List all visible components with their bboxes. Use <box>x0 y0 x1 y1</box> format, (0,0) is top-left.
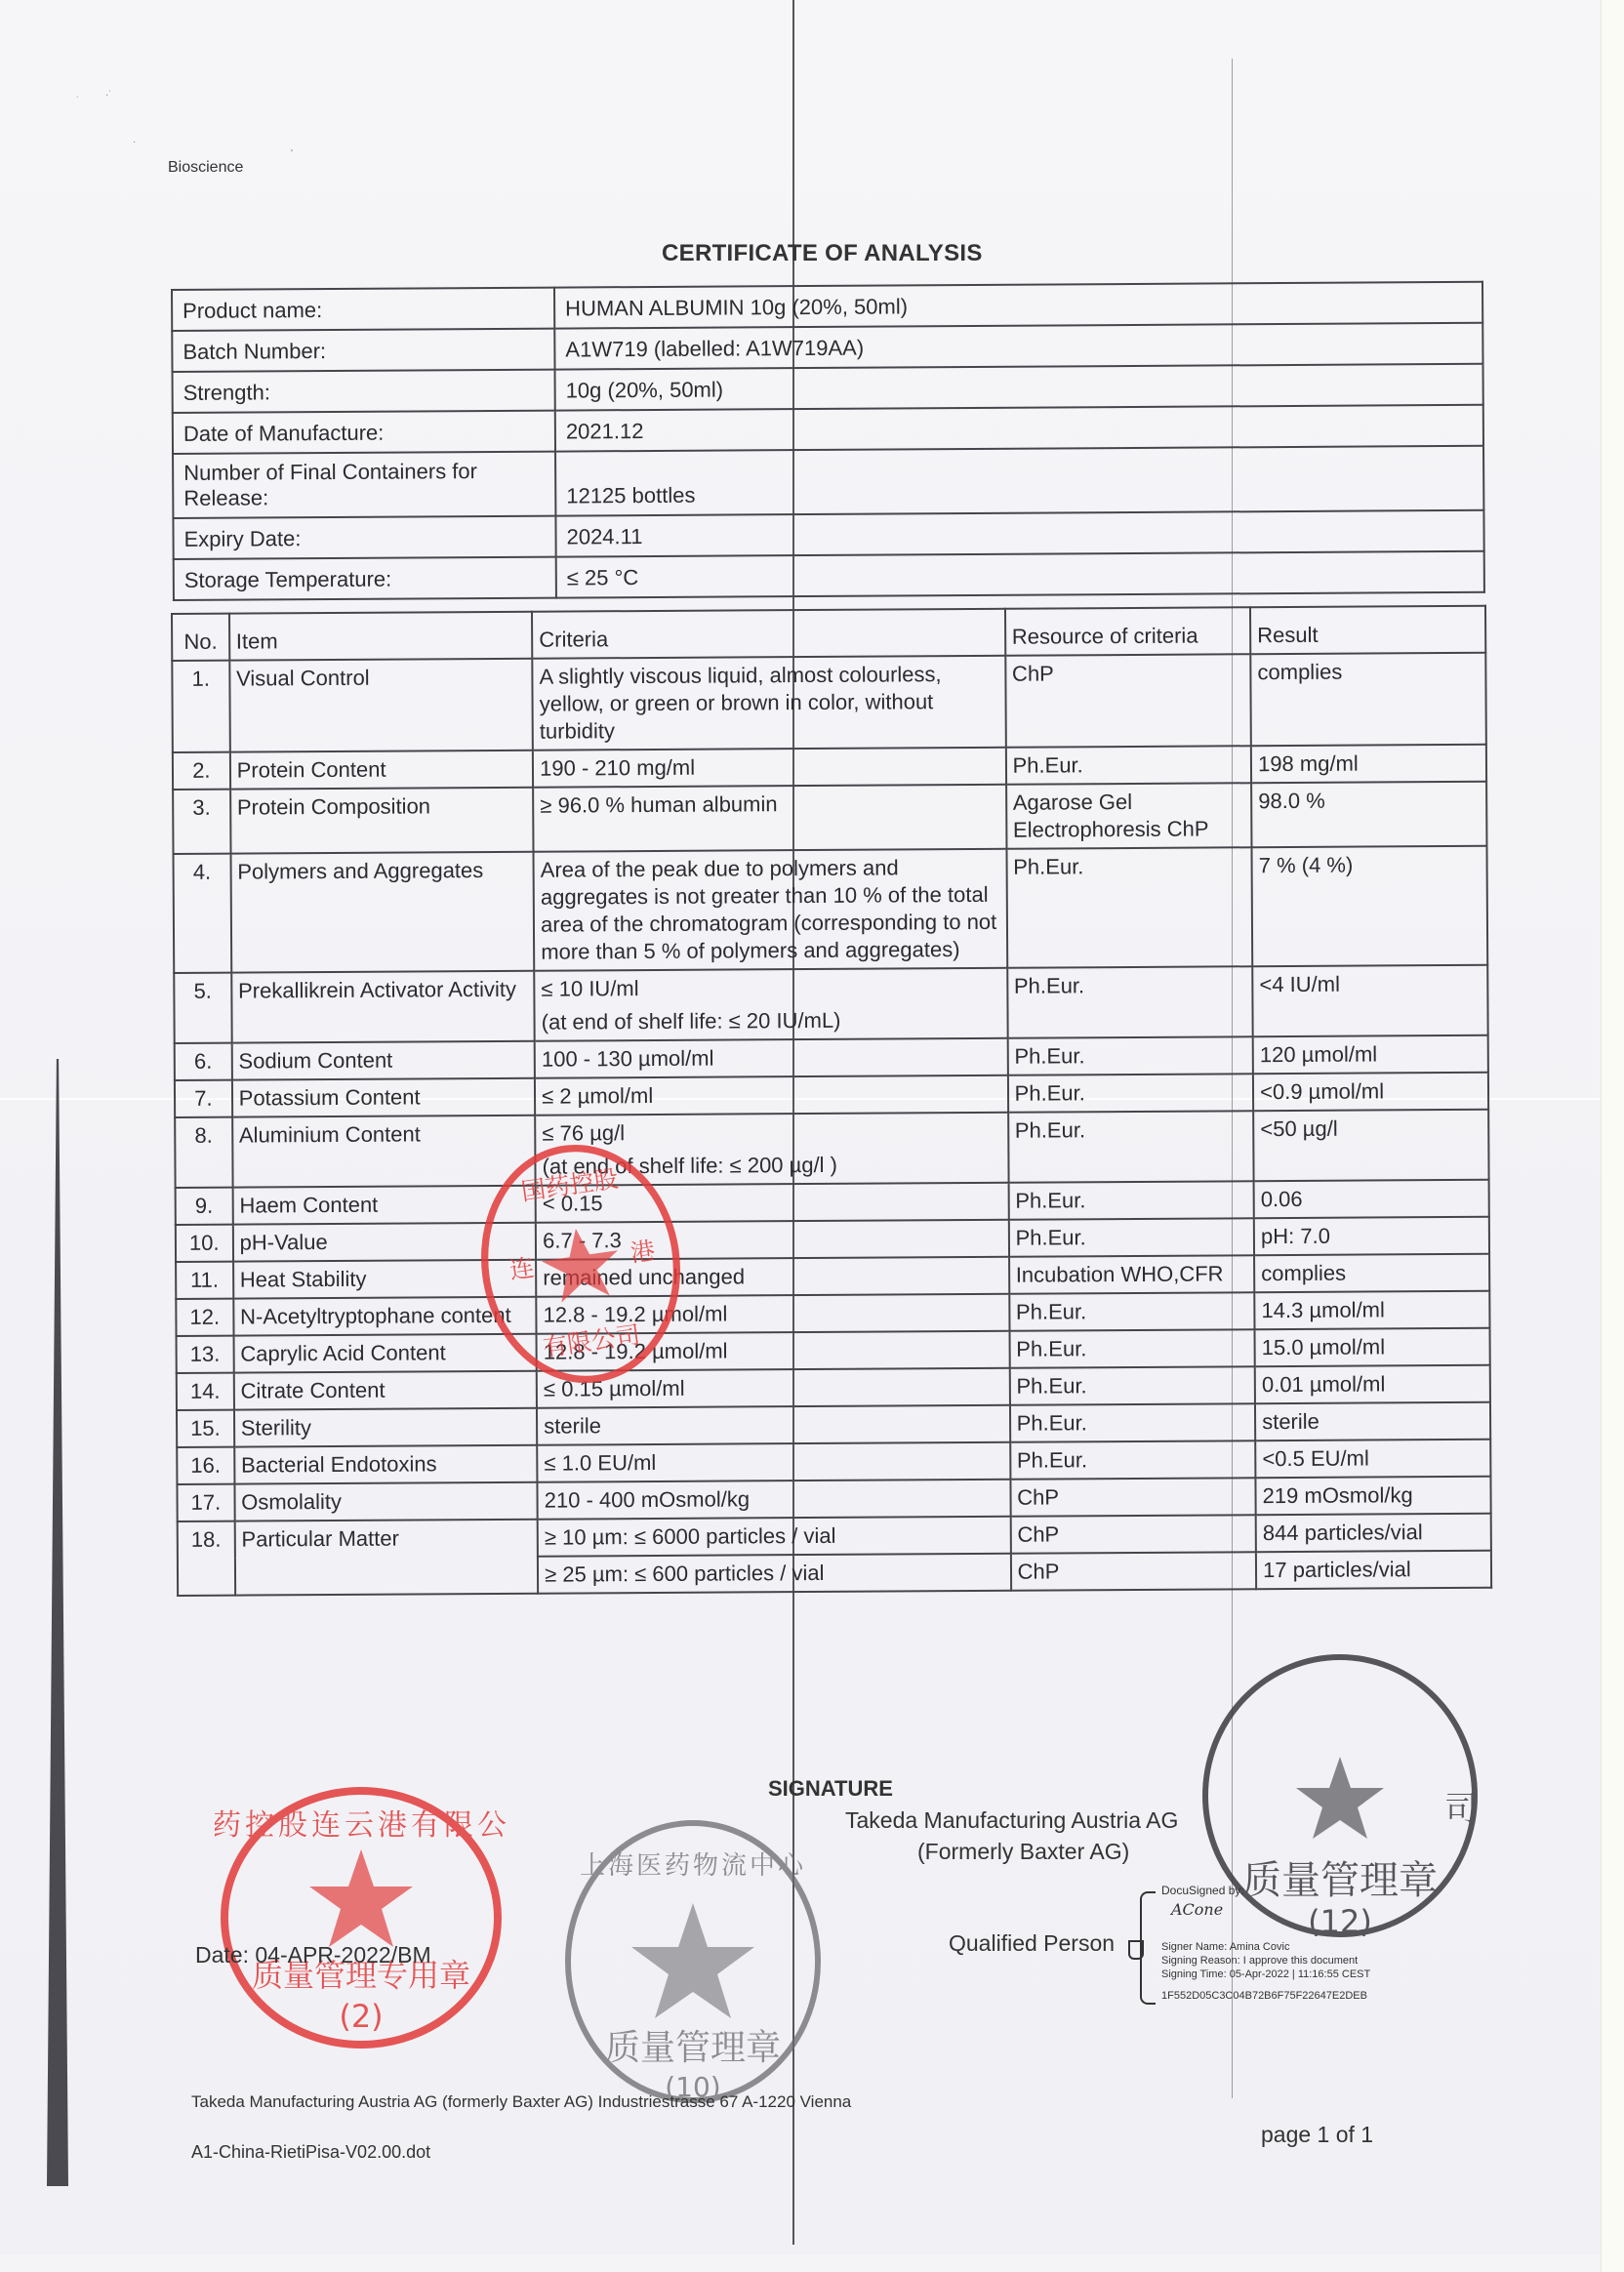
signature-company: Takeda Manufacturing Austria AG <box>845 1807 1178 1834</box>
test-item: Sterility <box>234 1408 538 1447</box>
docusign-block: DocuSigned by: ACone Signer Name: Amina … <box>1140 1884 1433 2008</box>
test-criteria: 12.8 - 19.2 µmol/ml <box>537 1331 1010 1371</box>
test-item: pH-Value <box>233 1223 537 1262</box>
signing-reason: Signing Reason: I approve this document <box>1161 1954 1358 1968</box>
test-result: 98.0 % <box>1251 782 1486 847</box>
info-label: Expiry Date: <box>173 516 555 559</box>
test-item: Heat Stability <box>233 1260 537 1299</box>
test-result: <0.5 EU/ml <box>1255 1440 1490 1478</box>
info-label: Strength: <box>173 370 555 413</box>
test-criteria: ≤ 2 µmol/ml <box>535 1075 1008 1116</box>
signer-name: Signer Name: Amina Covic <box>1161 1940 1289 1954</box>
row-number: 3. <box>173 790 230 854</box>
criteria-text: ≤ 1.0 EU/ml <box>544 1447 1003 1478</box>
test-item: Osmolality <box>234 1482 538 1521</box>
test-result: <0.9 µmol/ml <box>1253 1073 1488 1111</box>
info-label: Number of Final Containers for Release: <box>173 452 555 518</box>
criteria-resource: Ph.Eur. <box>1010 1403 1256 1442</box>
criteria-note: (at end of shelf life: ≤ 200 µg/l ) <box>543 1151 1002 1181</box>
column-header-no: No. <box>172 614 229 661</box>
test-item: Protein Composition <box>230 788 534 854</box>
test-result: <50 µg/l <box>1253 1110 1488 1181</box>
scan-edge <box>1601 0 1624 2272</box>
scan-edge-shadow <box>47 1059 68 2186</box>
test-result: pH: 7.0 <box>1254 1217 1489 1255</box>
test-criteria: sterile <box>537 1405 1010 1445</box>
table-row: 4.Polymers and AggregatesArea of the pea… <box>174 846 1488 973</box>
test-criteria: ≤ 0.15 µmol/ml <box>537 1368 1010 1408</box>
criteria-resource: Ph.Eur. <box>1008 1074 1254 1113</box>
column-header-resource: Resource of criteria <box>1005 607 1251 656</box>
test-item: Bacterial Endotoxins <box>234 1445 538 1484</box>
test-result: 219 mOsmol/kg <box>1256 1477 1491 1515</box>
signature-heading: SIGNATURE <box>768 1776 893 1802</box>
test-criteria: Area of the peak due to polymers and agg… <box>534 849 1007 971</box>
test-result: <4 IU/ml <box>1252 965 1487 1036</box>
criteria-text: 12.8 - 19.2 µmol/ml <box>544 1336 1003 1366</box>
document-page: ˙ ·˙ · ' Bioscience CERTIFICATE OF ANALY… <box>0 0 1601 2254</box>
criteria-resource: ChP <box>1011 1552 1257 1591</box>
svg-text:国药控股连云港有限公司: 国药控股连云港有限公司 <box>215 1808 507 1843</box>
signing-time: Signing Time: 05-Apr-2022 | 11:16:55 CES… <box>1161 1968 1370 1981</box>
info-label: Product name: <box>172 288 554 331</box>
info-label: Storage Temperature: <box>174 557 556 600</box>
test-item: Particular Matter <box>234 1520 538 1596</box>
gray-stamp-shanghai: 上海医药物流中心 质量管理章 (10) <box>561 1815 825 2108</box>
criteria-resource: ChP <box>1010 1478 1256 1517</box>
table-row: 3.Protein Composition≥ 96.0 % human albu… <box>173 782 1486 854</box>
criteria-resource: Ph.Eur. <box>1009 1329 1255 1368</box>
signature-hash: 1F552D05C3C04B72B6F75F22647E2DEB <box>1161 1989 1367 2003</box>
test-result: 14.3 µmol/ml <box>1254 1291 1489 1329</box>
criteria-text: Area of the peak due to polymers and agg… <box>541 854 1000 966</box>
test-criteria: A slightly viscous liquid, almost colour… <box>532 656 1005 751</box>
test-criteria: 6.7 - 7.3 <box>536 1220 1009 1260</box>
test-results-table: No. Item Criteria Resource of criteria R… <box>171 605 1492 1597</box>
test-result: sterile <box>1255 1402 1490 1440</box>
signature-company-former: (Formerly Baxter AG) <box>917 1839 1129 1865</box>
criteria-text: remained unchanged <box>543 1262 1002 1292</box>
row-number: 1. <box>172 661 229 752</box>
criteria-text: sterile <box>544 1410 1003 1440</box>
row-number: 13. <box>177 1336 234 1373</box>
criteria-resource: Ph.Eur. <box>1008 1181 1254 1220</box>
table-header-row: No. Item Criteria Resource of criteria R… <box>172 606 1485 661</box>
qualified-person-label: Qualified Person <box>949 1930 1115 1957</box>
test-criteria: 100 - 130 µmol/ml <box>535 1038 1008 1078</box>
test-item: Sodium Content <box>231 1041 535 1080</box>
info-value: 2024.11 <box>555 510 1483 557</box>
column-header-criteria: Criteria <box>532 609 1005 659</box>
test-criteria: ≥ 96.0 % human albumin <box>533 785 1006 852</box>
info-row: Number of Final Containers for Release:1… <box>173 446 1483 518</box>
svg-text:上海医药物流中心: 上海医药物流中心 <box>580 1851 806 1881</box>
criteria-resource: Ph.Eur. <box>1009 1292 1255 1331</box>
footer-document-id: A1-China-RietiPisa-V02.00.dot <box>191 2142 430 2163</box>
criteria-text: 210 - 400 mOsmol/kg <box>545 1484 1004 1515</box>
row-number: 16. <box>177 1447 234 1484</box>
test-result: 120 µmol/ml <box>1253 1035 1488 1074</box>
row-number: 4. <box>174 854 231 973</box>
test-criteria: 12.8 - 19.2 µmol/ml <box>536 1294 1009 1334</box>
table-row: 8.Aluminium Content≤ 76 µg/l(at end of s… <box>175 1110 1488 1188</box>
scan-speck: · <box>133 137 136 147</box>
criteria-text: 100 - 130 µmol/ml <box>542 1043 1001 1074</box>
row-number: 11. <box>176 1262 233 1299</box>
test-result: 844 particles/vial <box>1256 1514 1491 1552</box>
row-number: 7. <box>175 1080 232 1117</box>
page-number: page 1 of 1 <box>1261 2122 1373 2148</box>
criteria-resource: Ph.Eur. <box>1008 1111 1254 1183</box>
info-label: Batch Number: <box>172 329 554 372</box>
signature-date: Date: 04-APR-2022/BM <box>195 1942 431 1968</box>
test-item: Potassium Content <box>232 1078 536 1117</box>
criteria-resource: Ph.Eur. <box>1005 746 1251 785</box>
criteria-resource: Incubation WHO,CFR <box>1009 1255 1255 1294</box>
row-number: 18. <box>178 1521 235 1596</box>
row-number: 9. <box>176 1188 233 1225</box>
info-value: A1W719 (labelled: A1W719AA) <box>554 323 1482 370</box>
criteria-text: A slightly viscous liquid, almost colour… <box>539 661 998 746</box>
row-number: 14. <box>177 1373 234 1410</box>
test-criteria: ≤ 1.0 EU/ml <box>537 1442 1010 1482</box>
scan-speck: ' <box>291 148 293 159</box>
test-result: 15.0 µmol/ml <box>1255 1328 1490 1366</box>
criteria-text: < 0.15 <box>543 1188 1002 1218</box>
test-item: Visual Control <box>229 659 533 752</box>
criteria-text: 6.7 - 7.3 <box>543 1225 1002 1255</box>
criteria-text: ≥ 96.0 % human albumin <box>540 790 999 820</box>
info-value: 2021.12 <box>555 405 1483 452</box>
info-value: 10g (20%, 50ml) <box>555 364 1483 411</box>
test-item: Protein Content <box>230 751 534 790</box>
test-criteria: 210 - 400 mOsmol/kg <box>538 1480 1011 1520</box>
test-item: Aluminium Content <box>232 1116 536 1188</box>
svg-text:(2): (2) <box>339 1998 383 2035</box>
criteria-text: ≤ 2 µmol/ml <box>542 1080 1001 1111</box>
test-item: Haem Content <box>232 1186 536 1225</box>
column-header-result: Result <box>1250 606 1485 654</box>
test-item: Citrate Content <box>233 1371 537 1410</box>
test-result: 17 particles/vial <box>1256 1551 1491 1589</box>
criteria-resource: Ph.Eur. <box>1006 847 1252 968</box>
product-info-table: Product name:HUMAN ALBUMIN 10g (20%, 50m… <box>171 281 1485 601</box>
test-criteria: 190 - 210 mg/ml <box>533 748 1006 788</box>
criteria-resource: Ph.Eur. <box>1007 1036 1253 1075</box>
table-row: 5.Prekallikrein Activator Activity≤ 10 I… <box>174 965 1487 1043</box>
criteria-resource: ChP <box>1005 654 1251 748</box>
criteria-resource: Ph.Eur. <box>1010 1440 1256 1480</box>
docusign-bracket-hook <box>1128 1940 1144 1960</box>
criteria-note: (at end of shelf life: ≤ 20 IU/mL) <box>542 1006 1001 1036</box>
test-criteria: remained unchanged <box>536 1257 1009 1297</box>
footer-address: Takeda Manufacturing Austria AG (formerl… <box>191 2092 851 2112</box>
test-item: N-Acetyltryptophane content <box>233 1297 537 1336</box>
row-number: 2. <box>173 752 230 790</box>
svg-text:司: 司 <box>1444 1790 1478 1829</box>
criteria-text: 190 - 210 mg/ml <box>540 752 999 783</box>
test-item: Polymers and Aggregates <box>230 852 534 973</box>
row-number: 8. <box>175 1117 232 1188</box>
scan-speck: ˙ <box>76 96 79 106</box>
info-value: HUMAN ALBUMIN 10g (20%, 50ml) <box>554 282 1482 329</box>
test-result: 0.01 µmol/ml <box>1255 1365 1490 1403</box>
criteria-resource: Ph.Eur. <box>1008 1218 1254 1257</box>
row-number: 17. <box>177 1484 234 1521</box>
criteria-text: 12.8 - 19.2 µmol/ml <box>543 1299 1002 1329</box>
test-result: complies <box>1250 653 1485 746</box>
test-result: 0.06 <box>1254 1180 1489 1218</box>
test-criteria: ≤ 10 IU/ml(at end of shelf life: ≤ 20 IU… <box>534 968 1007 1041</box>
row-number: 5. <box>174 973 231 1043</box>
scan-speck: ·˙ <box>105 90 112 101</box>
criteria-text: ≤ 10 IU/ml <box>541 973 1000 1003</box>
row-number: 6. <box>175 1043 232 1080</box>
test-criteria: ≤ 76 µg/l(at end of shelf life: ≤ 200 µg… <box>535 1113 1008 1186</box>
test-criteria: ≥ 25 µm: ≤ 600 particles / vial <box>538 1554 1011 1594</box>
docusign-label: DocuSigned by: <box>1161 1884 1244 1897</box>
test-result: 198 mg/ml <box>1251 745 1486 783</box>
criteria-resource: Agarose Gel Electrophoresis ChP <box>1006 783 1252 849</box>
criteria-resource: ChP <box>1010 1515 1256 1554</box>
test-criteria: ≥ 10 µm: ≤ 6000 particles / vial <box>538 1517 1011 1557</box>
column-header-item: Item <box>229 612 533 661</box>
criteria-text: ≤ 0.15 µmol/ml <box>544 1373 1003 1403</box>
company-logo-text: Bioscience <box>168 159 243 177</box>
criteria-resource: Ph.Eur. <box>1009 1366 1255 1405</box>
row-number: 15. <box>177 1410 234 1447</box>
document-title: CERTIFICATE OF ANALYSIS <box>662 240 983 267</box>
svg-text:质量管理章: 质量管理章 <box>605 2028 781 2068</box>
criteria-resource: Ph.Eur. <box>1007 966 1253 1038</box>
handwritten-signature: ACone <box>1171 1903 1223 1917</box>
red-stamp-quality: 国药控股连云港有限公司 质量管理专用章 (2) <box>215 1781 507 2054</box>
info-value: ≤ 25 °C <box>556 551 1484 598</box>
info-value: 12125 bottles <box>555 446 1483 516</box>
criteria-text: ≤ 76 µg/l <box>542 1117 1001 1148</box>
row-number: 12. <box>176 1299 233 1336</box>
info-label: Date of Manufacture: <box>173 411 555 454</box>
test-result: complies <box>1254 1254 1489 1292</box>
table-row: 1.Visual ControlA slightly viscous liqui… <box>172 653 1486 752</box>
test-item: Prekallikrein Activator Activity <box>231 971 535 1043</box>
test-criteria: < 0.15 <box>536 1183 1009 1223</box>
test-result: 7 % (4 %) <box>1252 846 1488 966</box>
test-item: Caprylic Acid Content <box>233 1334 537 1373</box>
info-row: Storage Temperature:≤ 25 °C <box>174 551 1484 600</box>
row-number: 10. <box>176 1225 233 1262</box>
